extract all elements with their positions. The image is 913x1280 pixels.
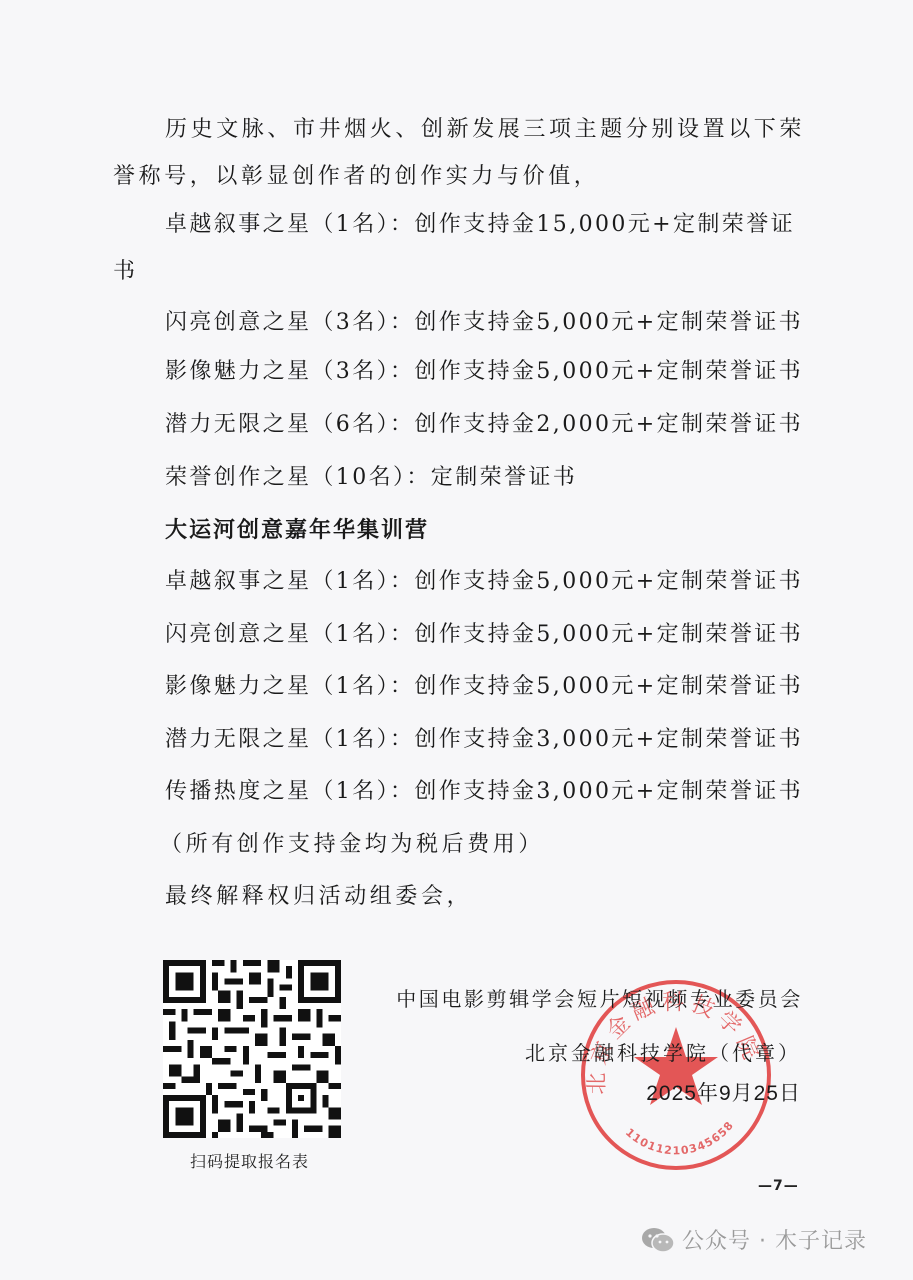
seal-number: 1101121034565​8 [623,1118,737,1157]
section-heading: 大运河创意嘉年华集训营 [165,515,429,545]
document-page: 历史文脉、市井烟火、创新发展三项主题分别设置以下荣 誉称号，以彰显创作者的创作实… [0,0,913,1280]
award-item-continuation: 书 [113,257,139,287]
award-item: 潜力无限之星（6名）：创作支持金2,000元+定制荣誉证书 [165,410,803,440]
award-item: 传播热度之星（1名）：创作支持金3,000元+定制荣誉证书 [165,777,803,807]
award-item: 影像魅力之星（1名）：创作支持金5,000元+定制荣誉证书 [165,672,803,702]
svg-text:1101121034565​8: 1101121034565​8 [623,1118,737,1157]
watermark-text: 公众号 · 木子记录 [682,1224,867,1255]
wechat-icon [640,1226,676,1254]
award-item: 影像魅力之星（3名）：创作支持金5,000元+定制荣誉证书 [165,357,803,387]
watermark: 公众号 · 木子记录 [640,1224,867,1255]
signature-org-2: 北京金融科技学院（代章） [525,1039,801,1067]
award-item: 卓越叙事之星（1名）：创作支持金15,000元+定制荣誉证 [165,210,795,240]
qr-code-icon[interactable] [163,960,341,1138]
qr-caption: 扫码提取报名表 [190,1152,309,1172]
intro-line-1: 历史文脉、市井烟火、创新发展三项主题分别设置以下荣 [165,115,805,145]
page-number: —7— [758,1178,799,1194]
award-item: 闪亮创意之星（3名）：创作支持金5,000元+定制荣誉证书 [165,308,803,338]
signature-org-1: 中国电影剪辑学会短片短视频专业委员会 [396,985,803,1013]
award-item: 潜力无限之星（1名）：创作支持金3,000元+定制荣誉证书 [165,725,803,755]
award-item: 荣誉创作之星（10名）：定制荣誉证书 [165,463,577,493]
intro-line-2: 誉称号，以彰显创作者的创作实力与价值， [113,162,599,192]
signature-date: 2025年9月25日 [646,1080,801,1108]
final-note: 最终解释权归活动组委会， [165,882,472,912]
award-item: 闪亮创意之星（1名）：创作支持金5,000元+定制荣誉证书 [165,620,803,650]
tax-note: （所有创作支持金均为税后费用） [160,830,544,860]
award-item: 卓越叙事之星（1名）：创作支持金5,000元+定制荣誉证书 [165,567,803,597]
